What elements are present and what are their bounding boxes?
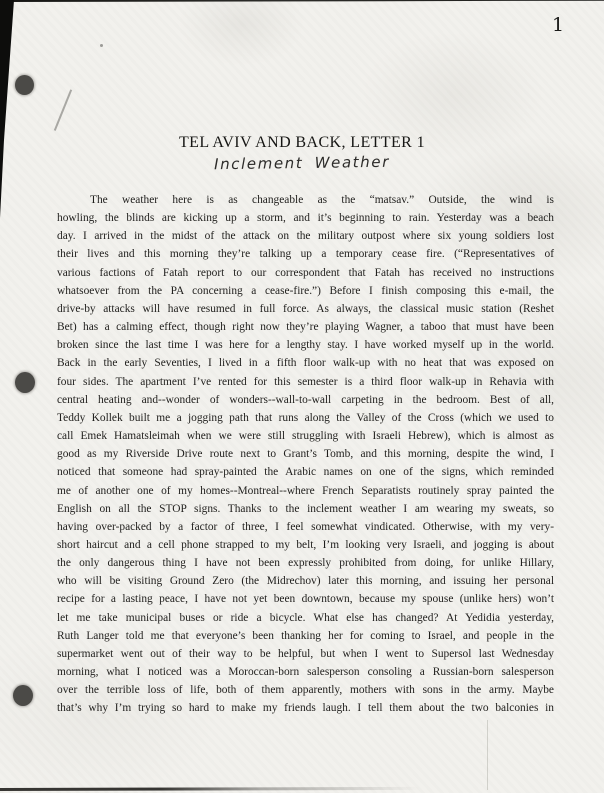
body-line: various factions of Fatah report to our … — [57, 264, 554, 282]
letter-body: The weather here is as changeable as the… — [57, 191, 554, 718]
body-line: drive-by attacks will have resumed in fu… — [57, 300, 554, 318]
body-line: good as my Riverside Drive route next to… — [57, 445, 554, 463]
body-line: who will be visiting Ground Zero (the Mi… — [57, 572, 554, 590]
body-line: short haircut and a cell phone strapped … — [57, 536, 554, 554]
body-line: having over-packed by a factor of three,… — [57, 518, 554, 536]
body-line: Back in the early Seventies, I lived in … — [57, 354, 554, 372]
body-line: recipe for a lasting peace, I have not y… — [57, 590, 554, 608]
body-line: central heating and--wonder of wonders--… — [57, 391, 554, 409]
scan-edge-bottom — [0, 787, 420, 791]
body-line: English on all the STOP signs. Thanks to… — [57, 500, 554, 518]
body-line: supermarket went out of their way to be … — [57, 645, 554, 663]
pencil-mark — [54, 89, 72, 130]
hole-punch-top — [15, 75, 34, 95]
scanned-letter-page: 1 TEL AVIV AND BACK, LETTER 1 Inclement … — [0, 0, 604, 793]
body-line: let me take municipal buses or ride a bi… — [57, 609, 554, 627]
body-line: Ruth Langer told me that everyone’s been… — [57, 627, 554, 645]
paper-crease — [487, 720, 488, 790]
body-line: the only dangerous thing I have not been… — [57, 554, 554, 572]
body-line: The weather here is as changeable as the… — [57, 191, 554, 209]
letter-title: TEL AVIV AND BACK, LETTER 1 — [0, 134, 604, 152]
body-line: four sides. The apartment I’ve rented fo… — [57, 373, 554, 391]
scan-edge-left — [0, 0, 14, 220]
body-line: call Emek Hamatsleimah when we were stil… — [57, 427, 554, 445]
body-line: over the terrible loss of life, both of … — [57, 681, 554, 699]
handwritten-subtitle: Inclement Weather — [0, 150, 604, 176]
body-line: howling, the blinds are kicking up a sto… — [57, 209, 554, 227]
body-line: morning, what I noticed was a Moroccan-b… — [57, 663, 554, 681]
body-line: Teddy Kollek built me a jogging path tha… — [57, 409, 554, 427]
body-line: day. I arrived in the midst of the attac… — [57, 227, 554, 245]
pencil-dot — [100, 44, 103, 47]
body-line: whatsoever from the PA concerning a ceas… — [57, 282, 554, 300]
body-line: noticed that someone had spray-painted t… — [57, 463, 554, 481]
page-number: 1 — [552, 14, 564, 36]
body-line: their lives and this morning they’re tal… — [57, 245, 554, 263]
body-line: broken since the last time I was here fo… — [57, 336, 554, 354]
body-line: that’s why I’m trying so hard to make my… — [57, 699, 554, 717]
body-line: Bet) has a calming effect, though right … — [57, 318, 554, 336]
hole-punch-bottom — [13, 685, 33, 706]
scan-edge-top — [0, 0, 604, 2]
body-line: me of another one of my homes--Montreal-… — [57, 482, 554, 500]
hole-punch-middle — [15, 372, 35, 393]
